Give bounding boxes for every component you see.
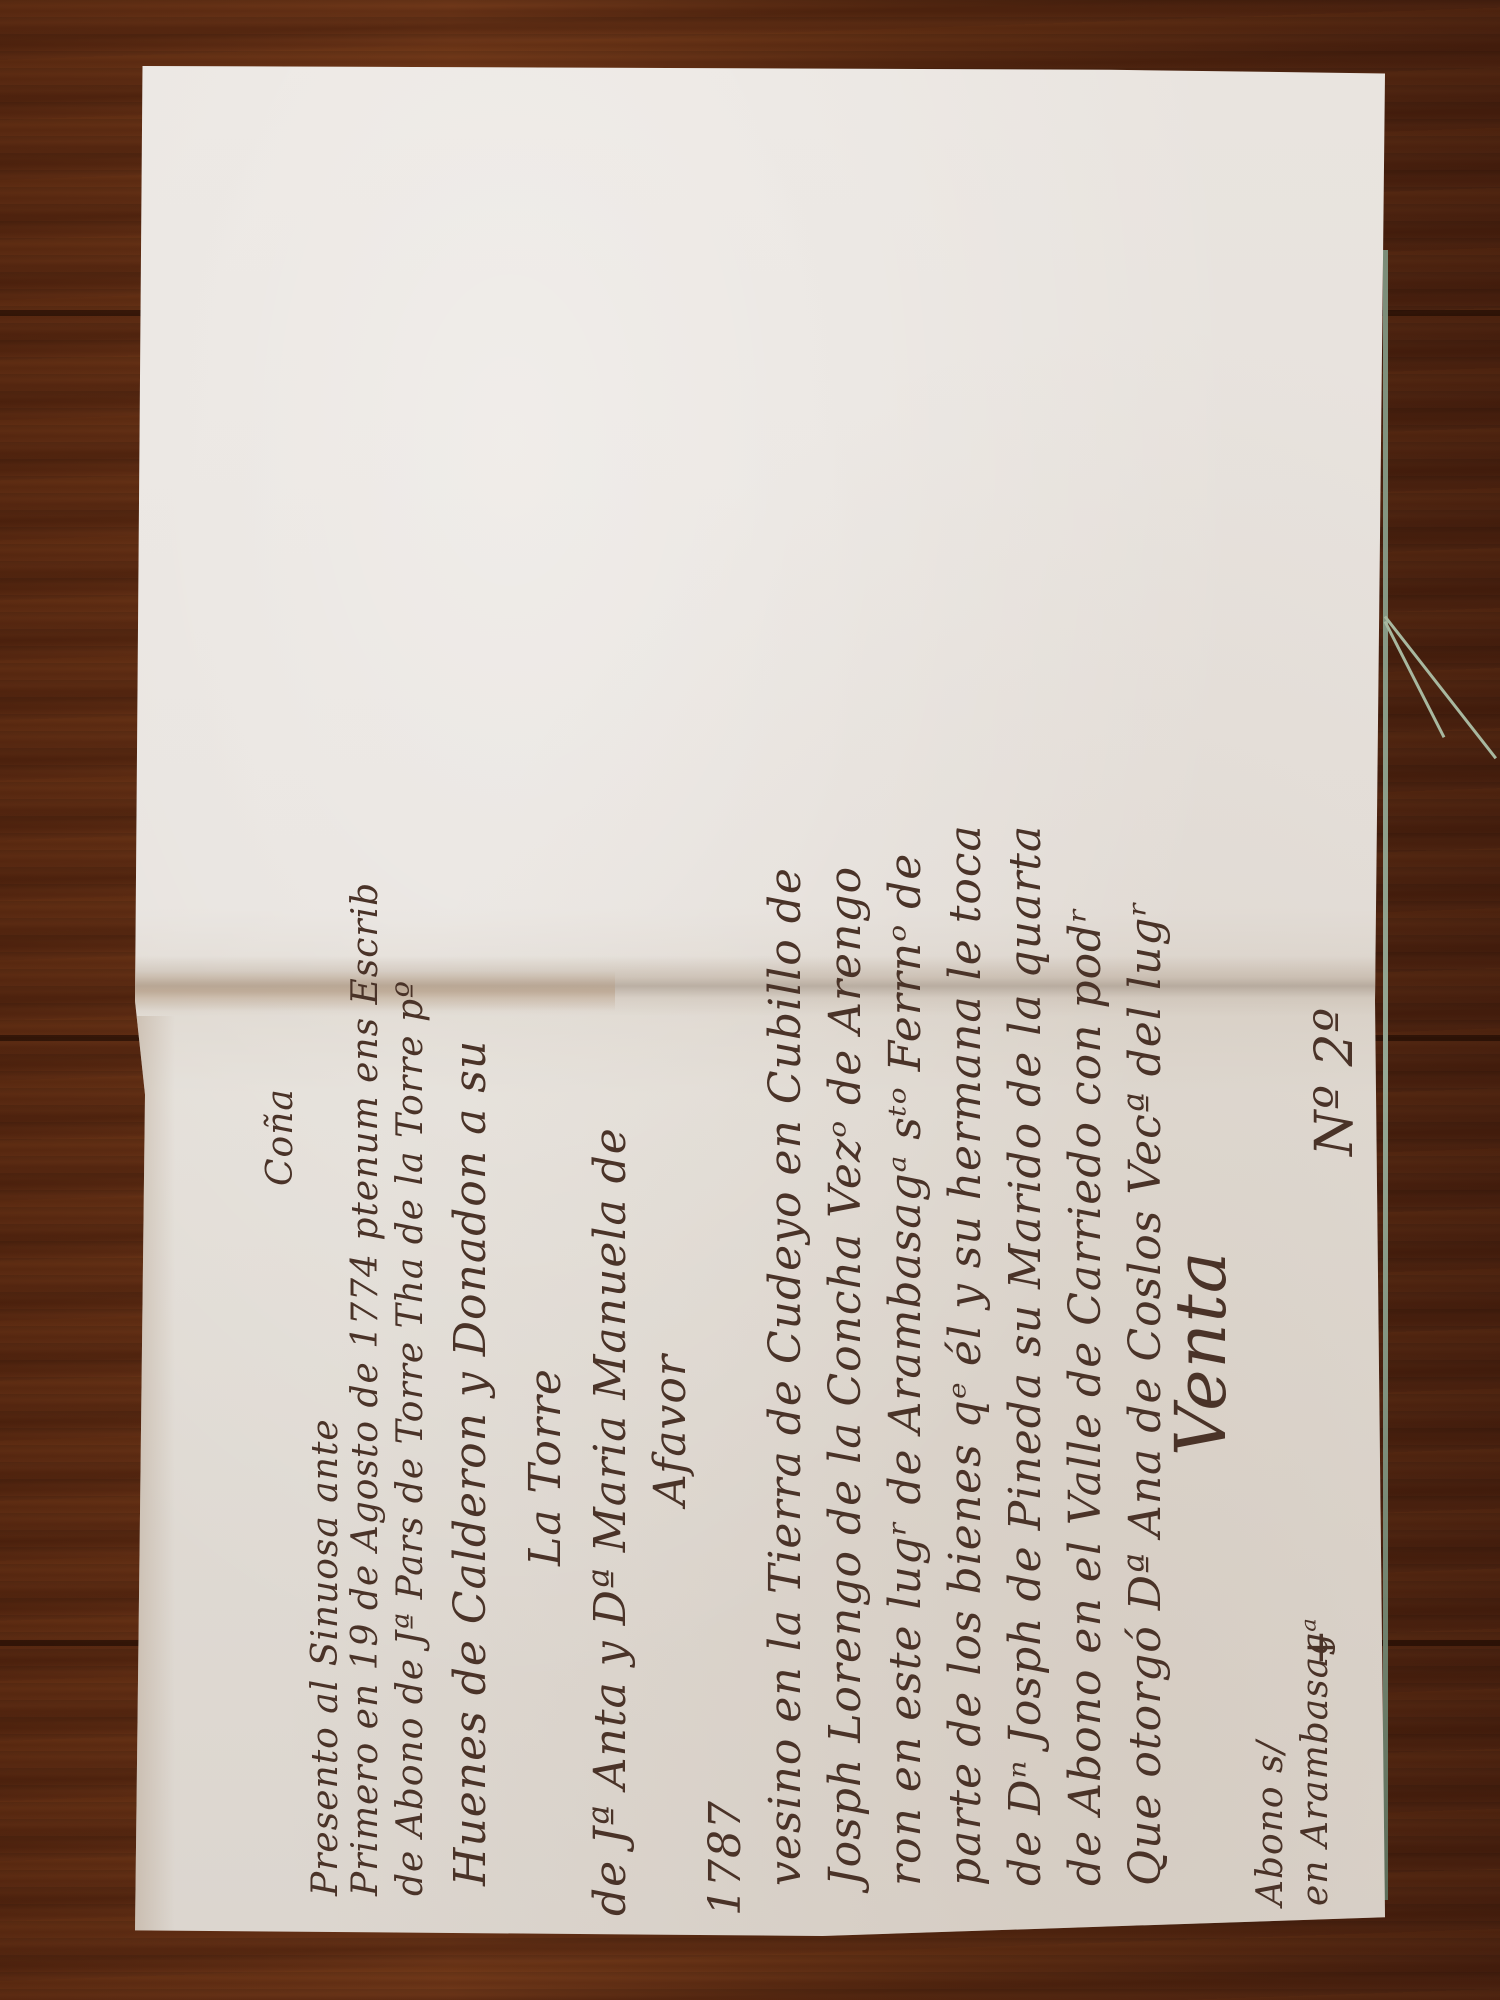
- cross-mark: +: [1295, 1628, 1346, 1666]
- body-line: Josph Lorengo de la Concha Vezᵒ de Areng…: [820, 866, 871, 1886]
- place-name: La Torre: [520, 1368, 571, 1566]
- favor-label: Afavor: [645, 1354, 696, 1506]
- body-line: de Dⁿ Josph de Pineda su Marido de la qu…: [1000, 825, 1051, 1886]
- document-number: Nº 2º: [1305, 1007, 1365, 1156]
- body-line: ron en este lugʳ de Arambasagᵃ sᵗᵒ Ferrn…: [880, 853, 931, 1886]
- loose-thread: [1384, 616, 1497, 760]
- final-line: Presento al Sinuosa ante: [305, 1418, 346, 1896]
- final-line: Huenes de Calderon y Donadon a su: [445, 1040, 496, 1886]
- body-line: parte de los bienes qᵉ él y su hermana l…: [940, 824, 991, 1886]
- signature: Coña: [260, 1088, 301, 1186]
- handwritten-text: Abono s/ en Arambasagᵃ + Nº 2º Venta Que…: [155, 1006, 1405, 1926]
- manuscript-page: Abono s/ en Arambasagᵃ + Nº 2º Venta Que…: [135, 66, 1385, 1936]
- final-line: Primero en 19 de Agosto de 1774 ptenum e…: [345, 882, 386, 1896]
- document-title: Venta: [1160, 1251, 1242, 1457]
- favor-line: de Jª Anta y Dª Maria Manuela de: [585, 1127, 636, 1916]
- final-line: de Abono de Jª Pars de Torre Tha de la T…: [390, 980, 431, 1896]
- body-line: de Abono en el Valle de Carriedo con pod…: [1060, 906, 1111, 1886]
- document-year: 1787: [700, 1800, 751, 1916]
- body-line: Que otorgó Dª Ana de Coslos Vecª del lug…: [1120, 900, 1171, 1886]
- thread-binding: [1383, 250, 1388, 1900]
- margin-note-line1: Abono s/: [1250, 1740, 1291, 1906]
- body-line: vesino en la Tierra de Cudeyo en Cubillo…: [760, 867, 811, 1886]
